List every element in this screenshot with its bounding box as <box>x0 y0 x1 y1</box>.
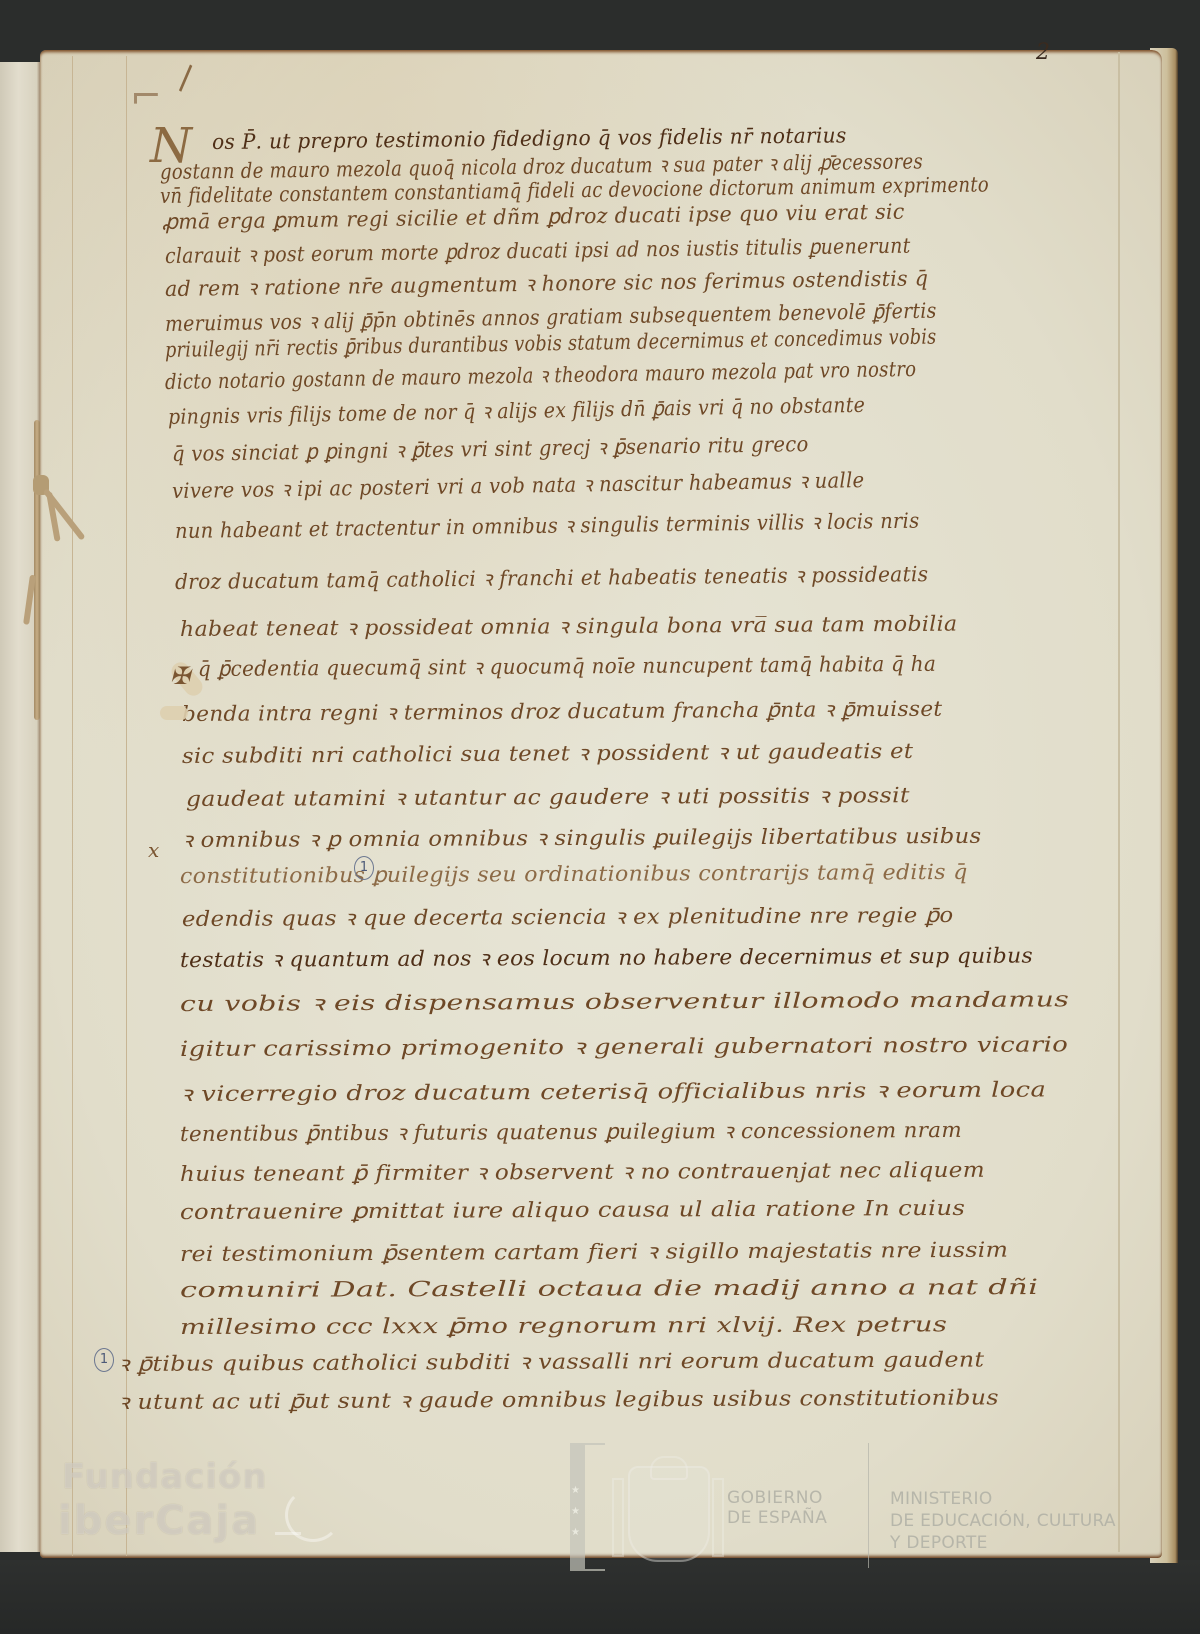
pillar-icon <box>612 1478 624 1557</box>
manuscript-line: contrauenire ꝑmittat iure aliquo causa u… <box>180 1196 965 1224</box>
manuscript-line: benda intra regni ꝛ terminos droz ducatu… <box>182 695 943 728</box>
gutter-ruling-line <box>126 56 127 1556</box>
gobierno-line-2: DE ESPAÑA <box>727 1508 827 1528</box>
footnote-line: ꝛ ꝑ̄tibus quibus catholici subditi ꝛ vas… <box>118 1345 984 1378</box>
watermark-ibercaja-text: iberCaja <box>58 1498 260 1544</box>
pillar-icon <box>712 1478 724 1557</box>
manuscript-line: constitutionibus ꝑuilegijs seu ordinatio… <box>180 860 968 888</box>
manuscript-line: testatis ꝛ quantum ad nos ꝛ eos locum no… <box>180 942 1033 974</box>
gutter-ruling-line <box>72 56 73 1556</box>
manuscript-line: q̄ ꝑ̄cedentia quecumq̄ sint ꝛ quocumq̄ n… <box>198 650 936 683</box>
manuscript-line: comuniri Dat. Castelli octaua die madij … <box>180 1275 1038 1302</box>
footnote-marker: 1 <box>94 1348 114 1372</box>
manuscript-line: rei testimonium ꝑ̄sentem cartam fieri ꝛ … <box>180 1236 1008 1268</box>
binding-thread <box>34 420 40 720</box>
ministerio-line-1: MINISTERIO <box>890 1488 1116 1510</box>
government-flag-bar-notch <box>585 1443 605 1445</box>
star-icon: ★ <box>571 1506 580 1517</box>
margin-flourish-mark: ✠ <box>170 662 190 690</box>
scan-background <box>0 1560 1200 1634</box>
manuscript-line: millesimo ccc lxxx ꝑ̄mo regnorum nri xlv… <box>180 1312 947 1339</box>
watermark-fundacion-text: Fundación <box>62 1457 268 1497</box>
footnote-marker-inline: 1 <box>354 856 374 880</box>
manuscript-line: cu vobis ꝛ eis dispensamus observentur i… <box>180 985 1069 1018</box>
manuscript-line: edendis quas ꝛ que decerta sciencia ꝛ ex… <box>182 901 954 933</box>
manuscript-line: ꝛ vicerregio droz ducatum ceterisq̄ offi… <box>180 1075 1046 1108</box>
ministerio-line-2: DE EDUCACIÓN, CULTURA <box>890 1510 1116 1532</box>
wax-stain <box>160 706 188 720</box>
ibercaja-logo-dash <box>275 1532 301 1535</box>
manuscript-line: gaudeat utamini ꝛ utantur ac gaudere ꝛ u… <box>186 781 910 813</box>
manuscript-line: huius teneant ꝑ̄ firmiter ꝛ observent ꝛ … <box>180 1156 985 1188</box>
manuscript-line: habeat teneat ꝛ possideat omnia ꝛ singul… <box>180 610 958 643</box>
government-flag-bar-notch <box>585 1569 605 1571</box>
star-icon: ★ <box>571 1527 580 1538</box>
manuscript-line: igitur carissimo primogenito ꝛ generali … <box>180 1030 1068 1063</box>
pen-flourish: ⌐ <box>130 74 162 118</box>
manuscript-line: sic subditi nri catholici sua tenet ꝛ po… <box>182 737 913 770</box>
ministerio-line-3: Y DEPORTE <box>890 1532 1116 1554</box>
manuscript-line: tenentibus ꝑ̄ntibus ꝛ futuris quatenus ꝑ… <box>180 1116 962 1148</box>
watermark-ministerio: MINISTERIO DE EDUCACIÓN, CULTURA Y DEPOR… <box>890 1488 1116 1554</box>
margin-cross-mark: x <box>148 838 159 862</box>
gobierno-line-1: GOBIERNO <box>727 1488 827 1508</box>
coat-of-arms-icon <box>628 1466 710 1562</box>
star-icon: ★ <box>571 1485 580 1496</box>
watermark-divider <box>868 1443 869 1568</box>
page-fold-line <box>1118 52 1120 1552</box>
footnote-line: ꝛ utunt ac uti ꝑ̄ut sunt ꝛ gaude omnibus… <box>118 1383 999 1416</box>
manuscript-line: ꝛ omnibus ꝛ ꝑ omnia omnibus ꝛ singulis ꝑ… <box>182 822 982 854</box>
watermark-gobierno: GOBIERNO DE ESPAÑA <box>727 1488 827 1528</box>
folio-number: 2 <box>1036 40 1050 65</box>
